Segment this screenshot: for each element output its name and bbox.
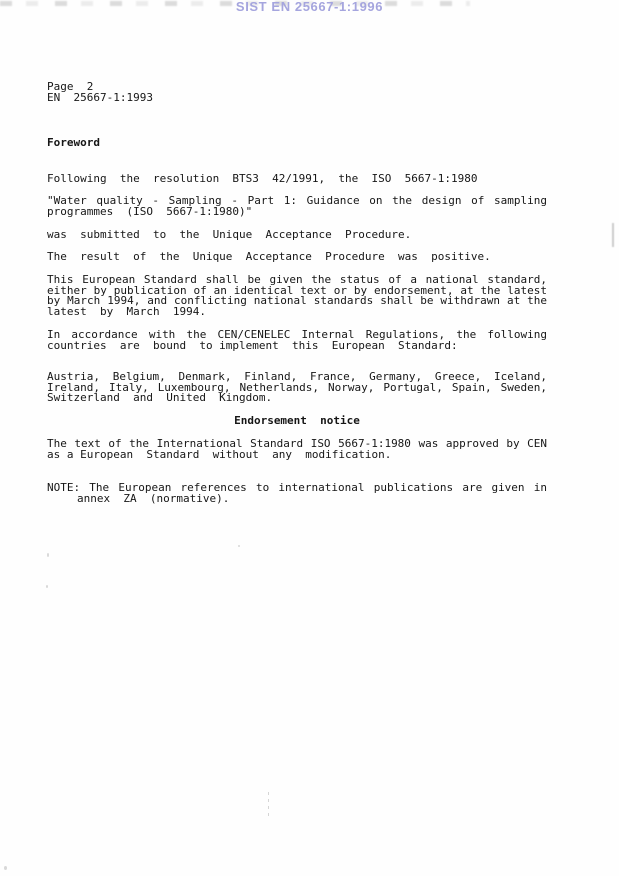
text-line: countries are bound to implement this Eu…: [47, 341, 547, 352]
standard-reference: EN 25667-1:1993: [47, 93, 547, 104]
paragraph-approval: The text of the International Standard I…: [47, 439, 547, 460]
paragraph-standard-title: "Water quality - Sampling - Part 1: Guid…: [47, 196, 547, 217]
scan-speck: [238, 545, 240, 547]
text-line: Following the resolution BTS3 42/1991, t…: [47, 174, 547, 185]
text-line: was submitted to the Unique Acceptance P…: [47, 230, 547, 241]
text-line: The result of the Unique Acceptance Proc…: [47, 252, 547, 263]
foreword-heading: Foreword: [47, 138, 547, 149]
paragraph-result: The result of the Unique Acceptance Proc…: [47, 252, 547, 263]
scan-speck: [46, 585, 48, 588]
scan-artifact-right-mark: [612, 223, 614, 247]
paragraph-cen-cenelec: In accordance with the CEN/CENELEC Inter…: [47, 330, 547, 351]
scan-speck: [4, 866, 7, 870]
paragraph-national-status: This European Standard shall be given th…: [47, 275, 547, 317]
text-line: annex ZA (normative).: [77, 494, 547, 505]
text-line: Switzerland and United Kingdom.: [47, 393, 547, 404]
endorsement-notice-heading: Endorsement notice: [47, 416, 547, 427]
paragraph-submitted: was submitted to the Unique Acceptance P…: [47, 230, 547, 241]
paragraph-note: NOTE: The European references to interna…: [47, 483, 547, 504]
page-header: Page 2 EN 25667-1:1993: [47, 82, 547, 103]
scanned-document-page: SIST EN 25667-1:1996 Page 2 EN 25667-1:1…: [0, 0, 619, 876]
text-line: latest by March 1994.: [47, 307, 547, 318]
heading-text: Endorsement notice: [234, 416, 360, 427]
paragraph-countries: Austria, Belgium, Denmark, Finland, Fran…: [47, 372, 547, 404]
text-line: as a European Standard without any modif…: [47, 450, 547, 461]
scan-artifact-mid-mark: [268, 792, 269, 820]
watermark-standard-id: SIST EN 25667-1:1996: [0, 2, 619, 13]
heading-text: Foreword: [47, 138, 547, 149]
scan-speck: [47, 553, 49, 557]
paragraph-resolution: Following the resolution BTS3 42/1991, t…: [47, 174, 547, 185]
text-line: programmes (ISO 5667-1:1980)": [47, 207, 547, 218]
